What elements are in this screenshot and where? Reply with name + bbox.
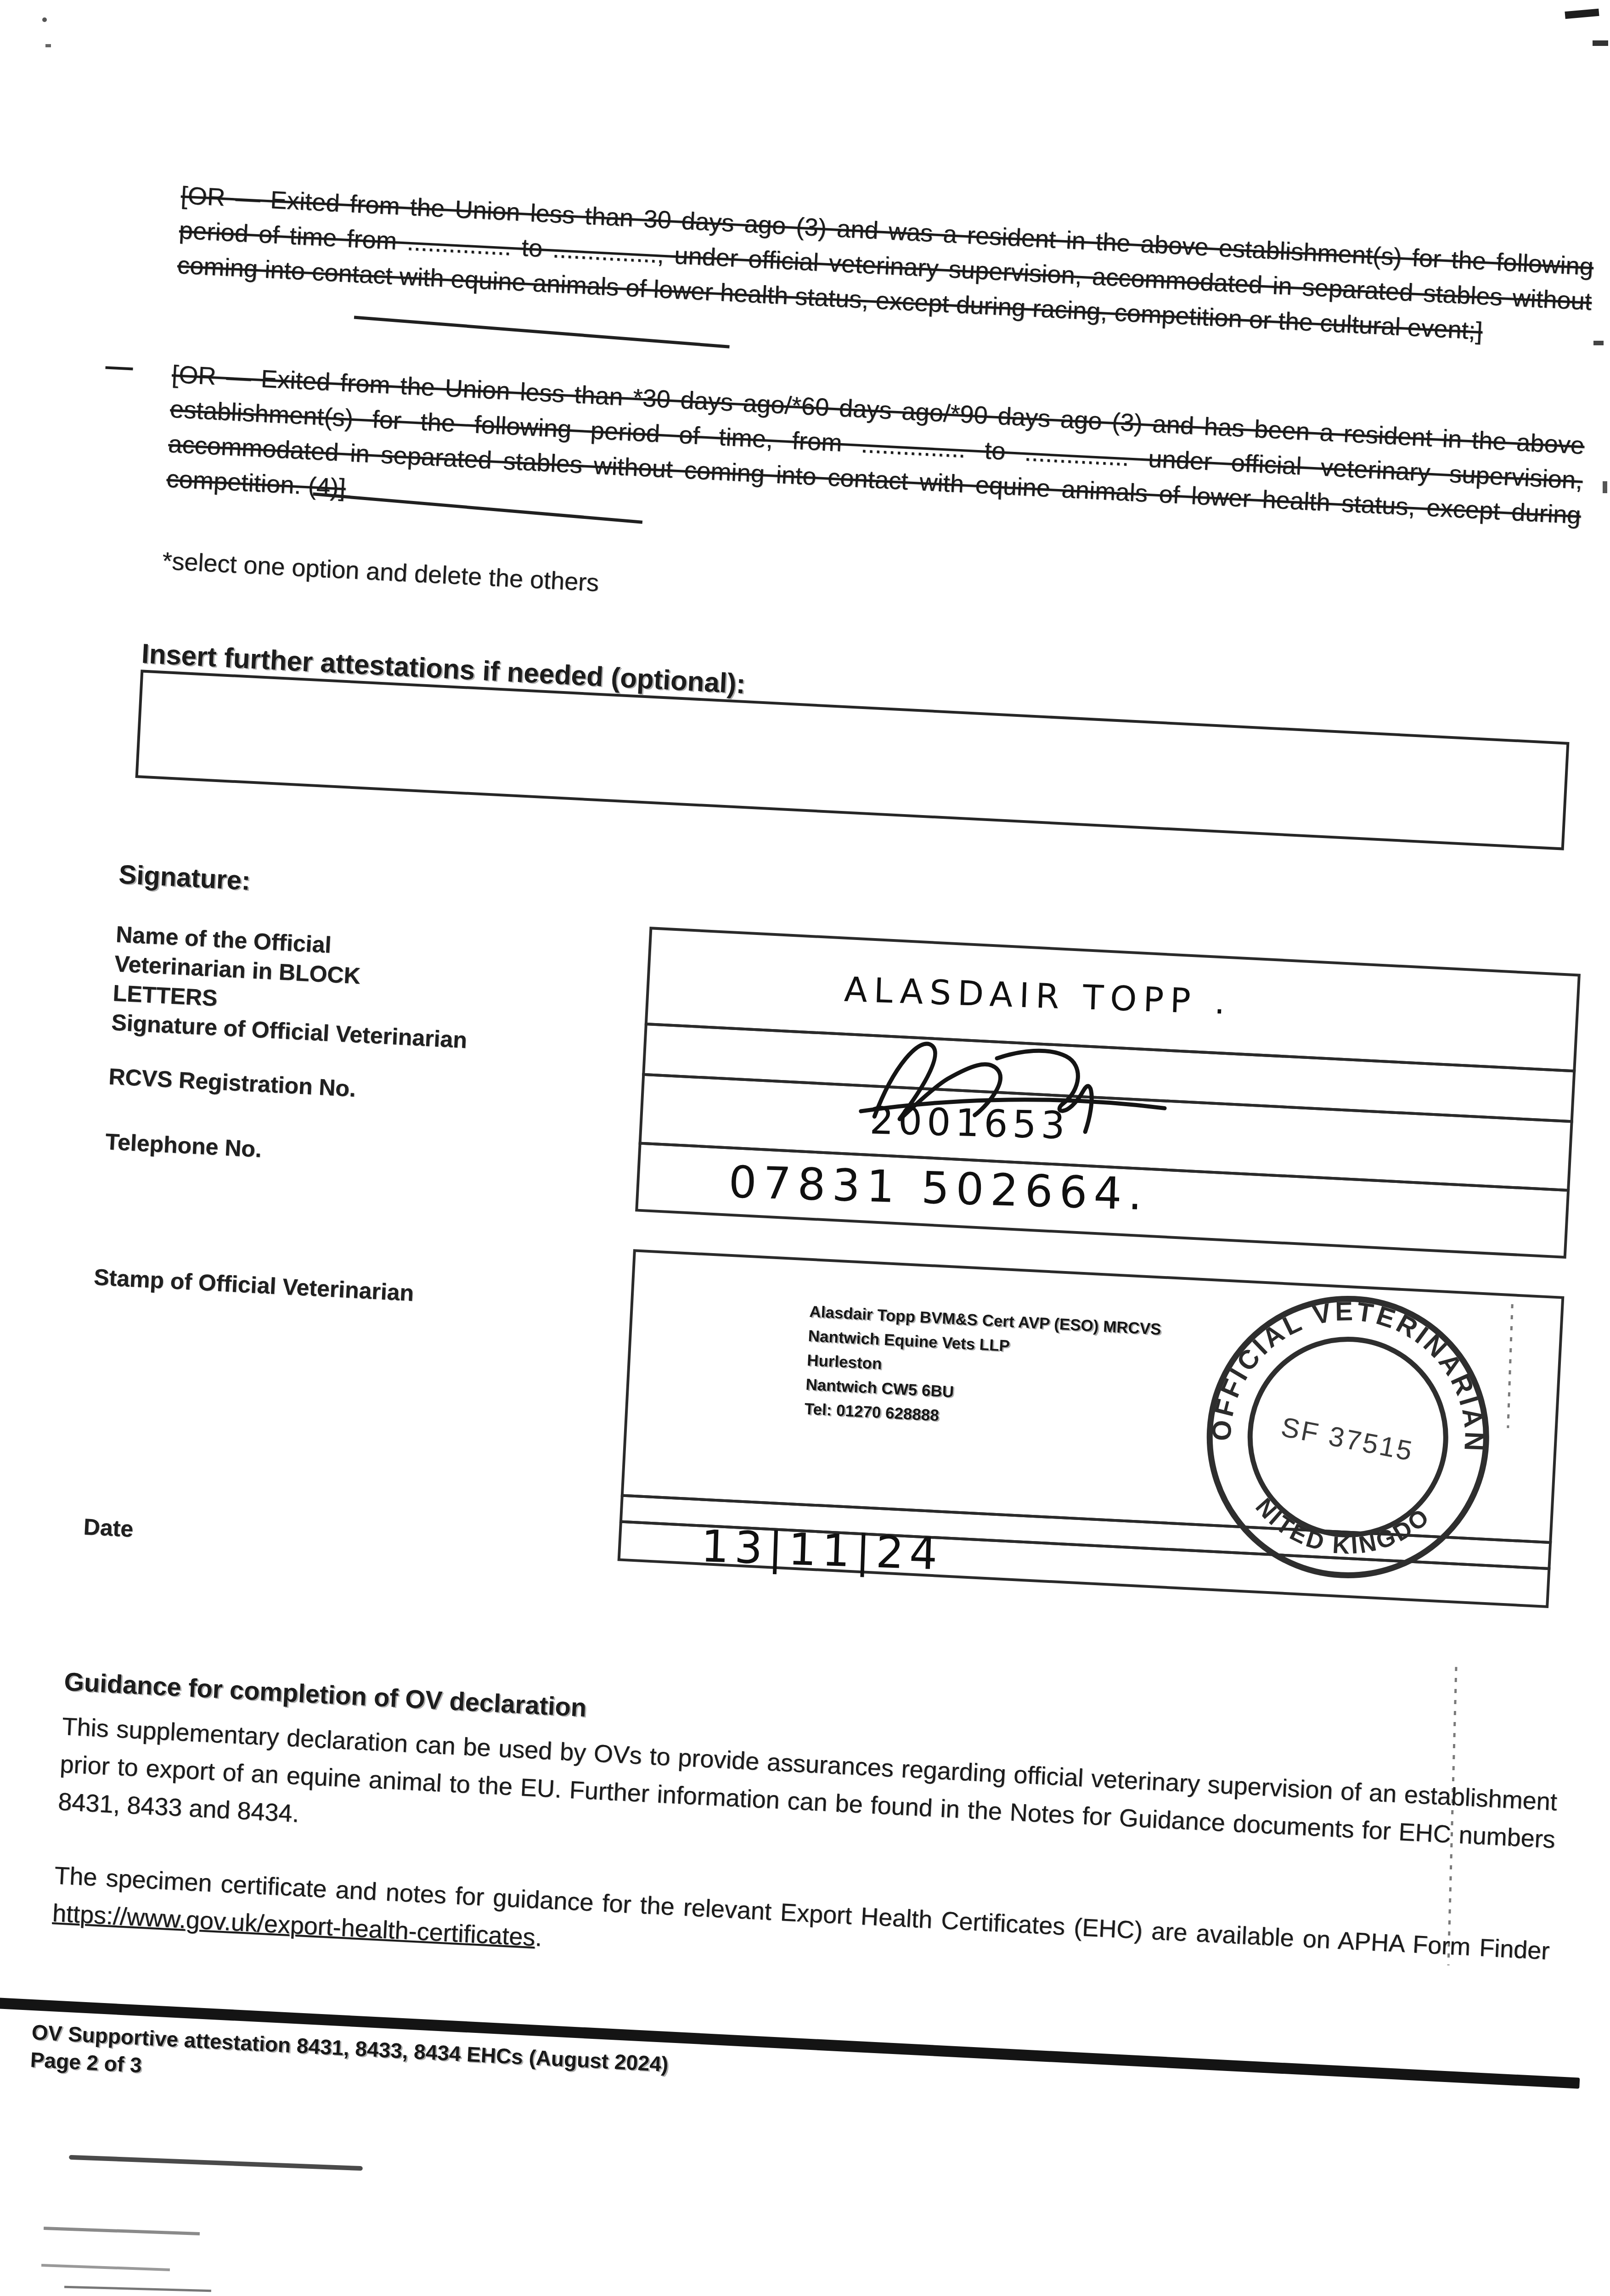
scanned-document-page: { "options": { "option1": "[OR — Exited … (0, 0, 1610, 2296)
seal-center-number: SF 37515 (1279, 1411, 1417, 1467)
footer-page-number: Page 2 of 3 (30, 2047, 142, 2077)
stamp-label: Stamp of Official Veterinarian (93, 1262, 415, 1308)
select-option-note: *select one option and delete the others (162, 546, 600, 597)
struck-option-paragraph-1: [OR — Exited from the Union less than 30… (176, 178, 1594, 354)
scan-smudge (64, 2286, 211, 2292)
struck-option-paragraph-2: [OR — Exited from the Union less than *3… (166, 357, 1585, 568)
guidance-paragraph-2-period: . (535, 1924, 543, 1952)
scan-speck (42, 17, 47, 22)
scan-mark (1565, 9, 1599, 19)
practice-stamp-text: Alasdair Topp BVM&S Cert AVP (ESO) MRCVS… (804, 1300, 1162, 1439)
scan-speck (45, 44, 51, 47)
strike-tail (354, 315, 730, 348)
signature-heading: Signature: (118, 859, 251, 896)
phone-label: Telephone No. (105, 1127, 263, 1164)
option2-margin-dash: — (105, 350, 134, 383)
name-label: Name of the Official Veterinarian in BLO… (112, 919, 438, 1024)
rcvs-handwritten-value: 2001653 (869, 1099, 1070, 1148)
document-sheet: [OR — Exited from the Union less than 30… (12, 138, 1610, 2232)
scan-mark (1593, 40, 1608, 46)
scan-smudge (44, 2227, 200, 2235)
official-veterinarian-seal: OFFICIAL VETERINARIAN UNITED KINGDOM SF … (1193, 1283, 1502, 1601)
date-label: Date (83, 1512, 134, 1543)
further-attestations-box (135, 670, 1570, 850)
rcvs-label: RCVS Registration No. (108, 1062, 357, 1103)
date-handwritten-value: 13|11|24 (700, 1520, 944, 1580)
scan-smudge (41, 2264, 170, 2271)
